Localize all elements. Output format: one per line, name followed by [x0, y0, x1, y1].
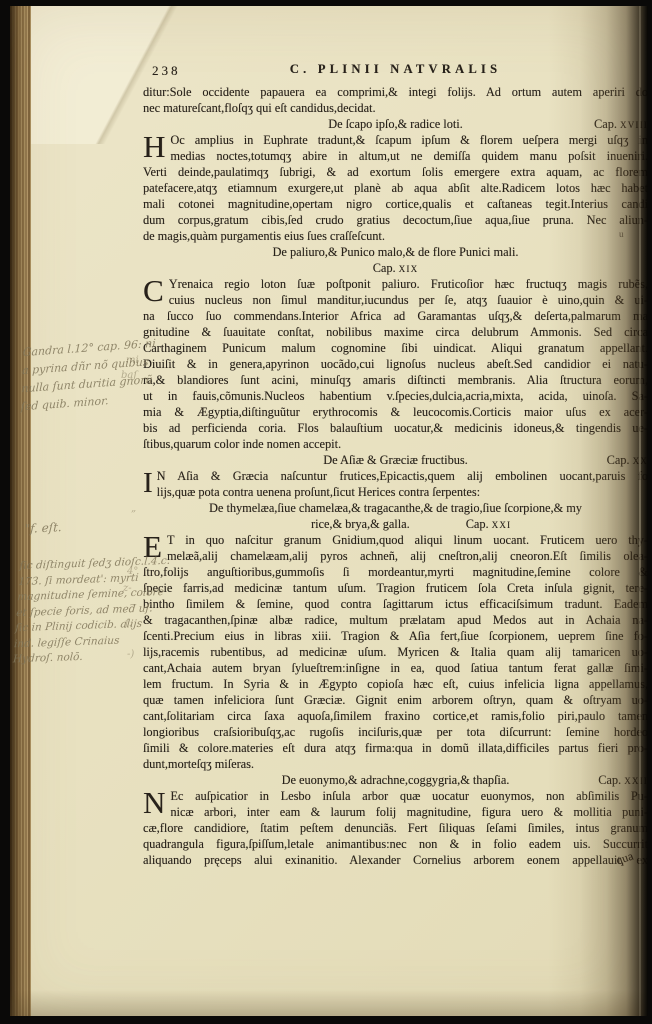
paragraph: IN Aſia & Græcia naſcuntur frutices,Epic… [143, 468, 648, 500]
text-line: nec matureſcant,floſqʒ qui eſt candidus,… [143, 100, 648, 116]
text-line: N Aſia & Græcia naſcuntur frutices,Epica… [157, 468, 648, 484]
margin-note-line: et ſpecie foris, ad med uſ. [16, 601, 141, 621]
text-segment: mali cotonei magnitudine,opertam nigro c… [143, 197, 648, 211]
text-line: na ſucco ſuo commendans.Interior Africa … [143, 308, 648, 324]
text-segment: dunt,morteſqʒ miſeras. [143, 757, 254, 771]
text-segment: medias noctes,totumqʒ abire in altum,ut … [170, 149, 648, 163]
text-segment: cæ,flore candidiore, ſtatim peſtem denun… [143, 821, 648, 835]
drop-cap: I [143, 469, 153, 500]
margin-mark: ſ. [125, 618, 132, 629]
text-line: cant,Achaia autem bryan ſylueſtrem:inſig… [143, 660, 648, 676]
heading-text: De paliuro,& Punico malo,& de flore Puni… [273, 245, 519, 259]
paragraph: HOc amplius in Euphrate tradunt,& ſcapum… [143, 132, 648, 244]
text-segment: lem fructum. In Syria & in Ægypto copioſ… [143, 677, 648, 691]
text-segment: Carthaginem Punicum malum cognomine ſibi… [143, 341, 648, 355]
running-header: C. PLINII NATVRALIS [143, 62, 648, 77]
text-segment: lijs,quæ pota contra uenena proſunt,ſicu… [157, 485, 480, 499]
text-line: dunt,morteſqʒ miſeras. [143, 756, 648, 772]
margin-mark: 4° [127, 566, 138, 577]
chapter-number: Cap. xix [143, 260, 648, 276]
text-line: lijs,racemis rubentibus, ad medicinæ uſu… [143, 644, 648, 660]
text-segment: mia & Ægyptia,diſtinguũtur erythrocomis … [143, 405, 648, 419]
paragraph: NEc auſpicatior in Lesbo inſula arbor qu… [143, 788, 648, 868]
text-segment: Ec auſpicatior in Lesbo inſula arbor quæ… [170, 789, 648, 803]
text-segment: de magis,quàm purgamentis eius ſues craſ… [143, 229, 385, 243]
text-line: patefacere,atqʒ etiamnum exurgere,ut pla… [143, 180, 648, 196]
chapter-heading: De ſcapo ipſo,& radice loti.Cap. xviii [143, 116, 648, 132]
drop-cap: E [143, 533, 162, 564]
text-line: nicæ arbori, inter eam & laurum folij ma… [170, 804, 648, 820]
underlined-phrase: tingendis ue- [576, 421, 648, 436]
handwritten-marginalia: Gandra l.12° cap. 96: nia pyrina dñr nõ … [10, 6, 150, 1016]
text-segment: ra,& blandiores ſunt acini, minuſqʒ amar… [143, 373, 648, 387]
margin-note-line: ind. legiſſe Crinaius [13, 632, 138, 652]
margin-note-line: 173. ſi mordeat': myrti [18, 570, 143, 590]
text-line: quadrangula figura,ſpiſſum,letale animan… [143, 836, 648, 852]
text-line: ſpecie farris,ad medicinæ tantum uſum. T… [143, 580, 648, 596]
text-line: Verti deinde,paulatimqʒ ſubrigi, & ad ex… [143, 164, 648, 180]
heading-text: rice,& brya,& galla. [311, 517, 410, 531]
text-line: mali cotonei magnitudine,opertam nigro c… [143, 196, 648, 212]
text-line: T in quo naſcitur granum Gnidium,quod al… [167, 532, 648, 548]
book-page: 238 C. PLINII NATVRALIS ditur:Sole occid… [10, 6, 648, 1016]
text-segment: longioribus craſsioribuſqʒ,ac rugoſis in… [143, 725, 648, 739]
margin-note-line: "f. eſt. [24, 516, 95, 538]
text-segment: ea comprimi,& integi folijs. Ad ortum au… [305, 85, 648, 99]
text-line: aliquando pręceps alui exinanitio. Alexa… [143, 852, 648, 868]
margin-note: ſic diſtinguit ſedʒ dioſc.l.4.c.173. ſi … [12, 555, 144, 668]
text-line: cuius nucleus non ſimul manditur,iucundu… [169, 292, 648, 308]
text-segment: ditur:Sole occidente [143, 85, 260, 99]
cap-numeral: xxi [492, 517, 512, 531]
signature-mark: u [619, 229, 624, 239]
underlined-phrase: papauera [260, 85, 304, 100]
margin-mark: z- [123, 583, 132, 594]
text-segment: cuius nucleus non ſimul manditur,iucundu… [169, 293, 648, 307]
underlined-phrase: apyrinon uocãdo [265, 357, 356, 372]
heading-text: De euonymo,& adrachne,coggygria,& thapſi… [282, 773, 510, 787]
margin-note-line: ſic diſtinguit ſedʒ dioſc.l.4.c. [19, 555, 144, 575]
text-segment: Diuiſit & in genera, [143, 357, 265, 371]
text-line: quæ tamen infeliciora ſunt Græciæ. Gigni… [143, 692, 648, 708]
drop-cap: C [143, 277, 164, 308]
text-segment: melæã,alij chamelæam,alij pyros achneñ, … [167, 549, 648, 563]
text-segment: ,cui lignoſus nucleus abeſt.Sed candidio… [356, 357, 648, 371]
text-line: ſtibus,quarum color inde nomen accepit. [143, 436, 648, 452]
text-segment: ſtro,folijs anguſtioribus,gummoſis ſi mo… [143, 565, 648, 579]
text-line: bis ad perficienda coria. Flos balauſtiu… [143, 420, 648, 436]
margin-note: "f. eſt. [24, 516, 95, 538]
text-line: cæ,flore candidiore, ſtatim peſtem denun… [143, 820, 648, 836]
text-line: medias noctes,totumqʒ abire in altum,ut … [170, 148, 648, 164]
cap-numeral: xix [399, 261, 419, 275]
book-photo: 238 C. PLINII NATVRALIS ditur:Sole occid… [0, 0, 652, 1024]
chapter-number-label: Cap. xxi [466, 517, 512, 531]
margin-note-line: Gandra l.12° cap. 96: ni [22, 336, 140, 362]
text-line: ditur:Sole occidente papauera ea comprim… [143, 84, 648, 100]
text-line: ra,& blandiores ſunt acini, minuſqʒ amar… [143, 372, 648, 388]
margin-mark: mi [126, 355, 139, 366]
text-line: lijs,quæ pota contra uenena proſunt,ſicu… [157, 484, 648, 500]
text-line: Carthaginem Punicum malum cognomine ſibi… [143, 340, 648, 356]
text-line: longioribus craſsioribuſqʒ,ac rugoſis in… [143, 724, 648, 740]
paragraph: CYrenaica regio loton ſuæ poſtponit pali… [143, 276, 648, 452]
text-line: Oc amplius in Euphrate tradunt,& ſcapum … [170, 132, 648, 148]
cap-word: Cap. [466, 517, 492, 531]
margin-mark: ~ [129, 600, 137, 611]
chapter-heading: De Aſiæ & Græciæ fructibus.Cap. xx [143, 452, 648, 468]
text-line: Diuiſit & in genera,apyrinon uocãdo,cui … [143, 356, 648, 372]
margin-note-line: ſed quib. minor. [20, 390, 138, 416]
chapter-heading: rice,& brya,& galla.Cap. xxi [143, 516, 648, 532]
text-line: melæã,alij chamelæam,alij pyros achneñ, … [167, 548, 648, 564]
cap-numeral: xviii [620, 117, 648, 131]
text-segment: dum corpus,gratum cibis,ſed crudo gratiu… [143, 213, 648, 227]
text-line: mia & Ægyptia,diſtinguũtur erythrocomis … [143, 404, 648, 420]
text-line: lem fructum. In Syria & in Ægypto copioſ… [143, 676, 648, 692]
text-line: Yrenaica regio loton ſuæ poſtponit paliu… [169, 276, 648, 292]
text-segment: Verti deinde,paulatimqʒ ſubrigi, & ad ex… [143, 165, 648, 179]
paragraph: ET in quo naſcitur granum Gnidium,quod a… [143, 532, 648, 772]
text-segment: quæ tamen infeliciora ſunt Græciæ. Gigni… [143, 693, 648, 707]
text-line: gnitudine & ſuauitate conſtat, nobilibus… [143, 324, 648, 340]
text-line: dum corpus,gratum cibis,ſed crudo gratiu… [143, 212, 648, 228]
margin-note-line: nulla ſunt duritia gnorũ [21, 372, 139, 398]
text-segment: fieri pro- [589, 741, 648, 755]
text-segment: ſpecie farris,ad medicinæ tantum uſum. T… [143, 581, 648, 595]
chapter-heading: De euonymo,& adrachne,coggygria,& thapſi… [143, 772, 648, 788]
cap-numeral: xx [633, 453, 648, 467]
margin-mark: baſ [121, 370, 137, 381]
text-line: ſcenti.Precium eius in libras xiii. Trag… [143, 628, 648, 644]
text-segment: ,quarum color inde nomen accepit. [170, 437, 341, 451]
margin-note-line: magnitudine ſemine, colore [17, 586, 142, 606]
margin-note-line: Hydroſ. nolō. [12, 648, 137, 668]
text-line: cant,ſolitariam circa ſaxa aquoſa,ſimile… [143, 708, 648, 724]
text-segment: bis ad perficienda coria. Flos balauſtiu… [143, 421, 576, 435]
text-line: ſtro,folijs anguſtioribus,gummoſis ſi mo… [143, 564, 648, 580]
underlined-phrase: difficiles partus [506, 741, 589, 756]
chapter-number-label: Cap. xxii [598, 772, 648, 788]
text-segment: lijs,racemis rubentibus, ad medicinæ uſu… [143, 645, 648, 659]
text-segment: Oc amplius in Euphrate tradunt,& ſcapum … [170, 133, 648, 147]
text-segment: cant,Achaia autem bryan ſylueſtrem:inſig… [143, 661, 648, 675]
heading-text: De thymelæa,ſiue chamelæa,& tragacanthe,… [209, 501, 582, 515]
cap-numeral: xxii [624, 773, 648, 787]
text-segment: ut in fauis,cõmunis.Nucleos habentium v.… [143, 389, 648, 403]
text-line: ut in fauis,cõmunis.Nucleos habentium v.… [143, 388, 648, 404]
text-segment: nec matureſcant,floſqʒ qui eſt candidus,… [143, 101, 376, 115]
text-line: Ec auſpicatior in Lesbo inſula arbor quæ… [170, 788, 648, 804]
drop-cap: N [143, 789, 165, 820]
text-segment: N Aſia & Græcia naſcuntur frutices,Epica… [157, 469, 648, 483]
heading-text: De Aſiæ & Græciæ fructibus. [323, 453, 467, 467]
heading-text: De ſcapo ipſo,& radice loti. [328, 117, 463, 131]
margin-note: Gandra l.12° cap. 96: nia pyrina dñr nõ … [20, 336, 140, 417]
chapter-heading: De paliuro,& Punico malo,& de flore Puni… [143, 244, 648, 260]
text-segment: T in quo naſcitur granum Gnidium,quod al… [167, 533, 648, 547]
text-segment: ſimili & colore.materies eſt dura atqʒ f… [143, 741, 506, 755]
margin-note-line: a pyrina dñr nõ quibus [22, 354, 140, 380]
text-line: & tragacanthen,ſpinæ albæ radice, multum… [143, 612, 648, 628]
bottom-shadow [10, 990, 648, 1016]
text-segment: patefacere,atqʒ etiamnum exurgere,ut pla… [143, 181, 648, 195]
cap-word: Cap. [598, 773, 624, 787]
text-segment: nicæ arbori, inter eam & laurum folij ma… [170, 805, 648, 819]
margin-note-line: ſic in Plinij codicib. alijs [15, 617, 140, 637]
text-segment: cant,ſolitariam circa ſaxa aquoſa,ſimile… [143, 709, 648, 723]
text-segment: aliquando pręceps alui exinanitio. Alexa… [143, 853, 648, 867]
book-spine-edge [10, 6, 31, 1016]
drop-cap: H [143, 133, 165, 164]
chapter-number-label: Cap. xviii [594, 116, 648, 132]
cap-word: Cap. [373, 261, 399, 275]
chapter-heading: De thymelæa,ſiue chamelæa,& tragacanthe,… [143, 500, 648, 516]
text-segment: na ſucco ſuo commendans.Interior Africa … [143, 309, 648, 323]
text-block: ditur:Sole occidente papauera ea comprim… [143, 84, 648, 868]
margin-mark: „ [131, 503, 136, 514]
underlined-phrase: ſtibus [143, 437, 170, 452]
text-segment: Yrenaica regio loton ſuæ poſtponit paliu… [169, 277, 648, 291]
text-segment: ſcenti.Precium eius in libras xiii. Trag… [143, 629, 648, 643]
text-line: de magis,quàm purgamentis eius ſues craſ… [143, 228, 648, 244]
cap-word: Cap. [594, 117, 620, 131]
paragraph: ditur:Sole occidente papauera ea comprim… [143, 84, 648, 116]
text-line: bintho ſimilem & ſemine, quod contra ſag… [143, 596, 648, 612]
cap-word: Cap. [607, 453, 633, 467]
text-segment: gnitudine & ſuauitate conſtat, nobilibus… [143, 325, 648, 339]
chapter-number-label: Cap. xix [373, 261, 419, 275]
text-line: ſimili & colore.materies eſt dura atqʒ f… [143, 740, 648, 756]
text-segment: quadrangula figura,ſpiſſum,letale animan… [143, 837, 648, 851]
text-segment: & tragacanthen,ſpinæ albæ radice, multum… [143, 613, 648, 627]
margin-mark: -) [127, 649, 134, 660]
text-segment: bintho ſimilem & ſemine, quod contra ſag… [143, 597, 648, 611]
chapter-number-label: Cap. xx [607, 452, 648, 468]
